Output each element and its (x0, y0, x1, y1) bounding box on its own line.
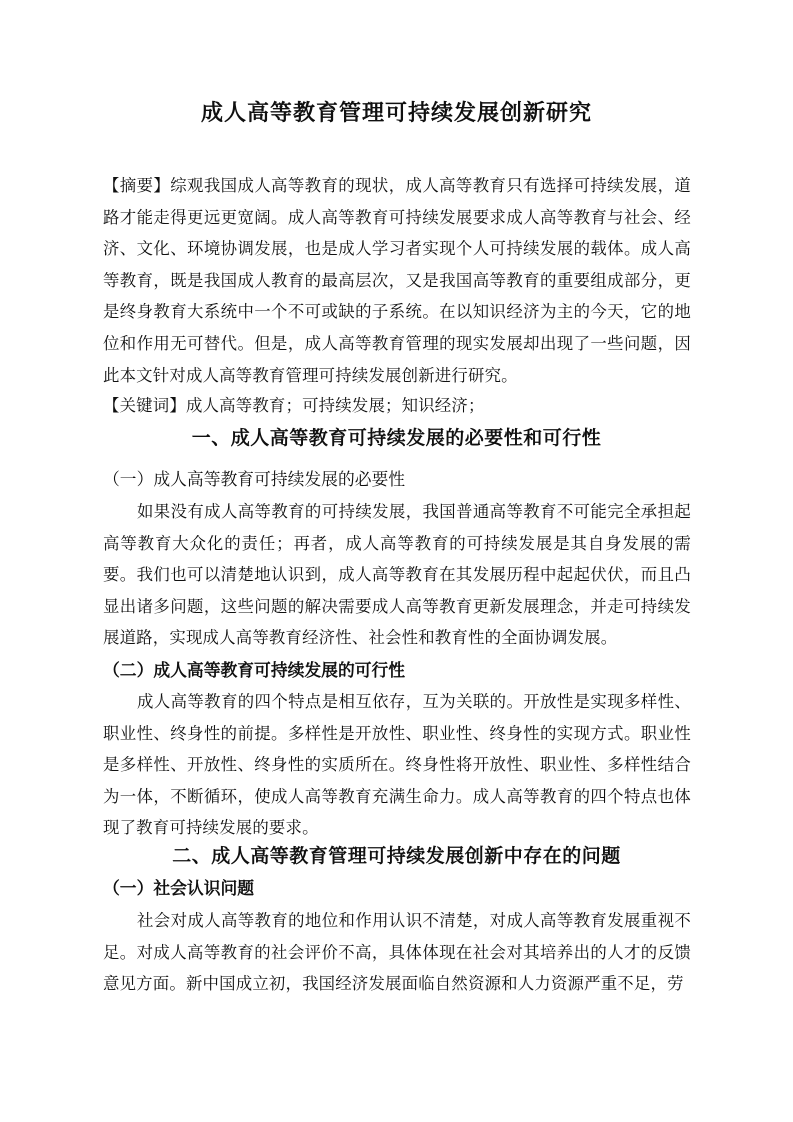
section-1-1-subheading: （一）成人高等教育可持续发展的必要性 (103, 464, 691, 496)
document-page: 成人高等教育管理可持续发展创新研究 【摘要】综观我国成人高等教育的现状，成人高等… (0, 0, 793, 1122)
keywords-line: 【关键词】成人高等教育；可持续发展；知识经济； (103, 390, 691, 422)
section-2-1-subheading: （一）社会认识问题 (103, 873, 691, 905)
section-2-heading: 二、成人高等教育管理可持续发展创新中存在的问题 (0, 841, 793, 873)
section-1-2-subheading: （二）成人高等教育可持续发展的可行性 (103, 655, 691, 687)
section-2-1-paragraph: 社会对成人高等教育的地位和作用认识不清楚，对成人高等教育发展重视不足。对成人高等… (103, 905, 691, 1000)
abstract-paragraph: 【摘要】综观我国成人高等教育的现状，成人高等教育只有选择可持续发展，道路才能走得… (103, 170, 691, 391)
document-title: 成人高等教育管理可持续发展创新研究 (0, 97, 793, 129)
section-1-2-paragraph: 成人高等教育的四个特点是相互依存，互为关联的。开放性是实现多样性、职业性、终身性… (103, 686, 691, 844)
section-1-1-paragraph: 如果没有成人高等教育的可持续发展，我国普通高等教育不可能完全承担起高等教育大众化… (103, 496, 691, 654)
section-1-heading: 一、成人高等教育可持续发展的必要性和可行性 (0, 423, 793, 455)
